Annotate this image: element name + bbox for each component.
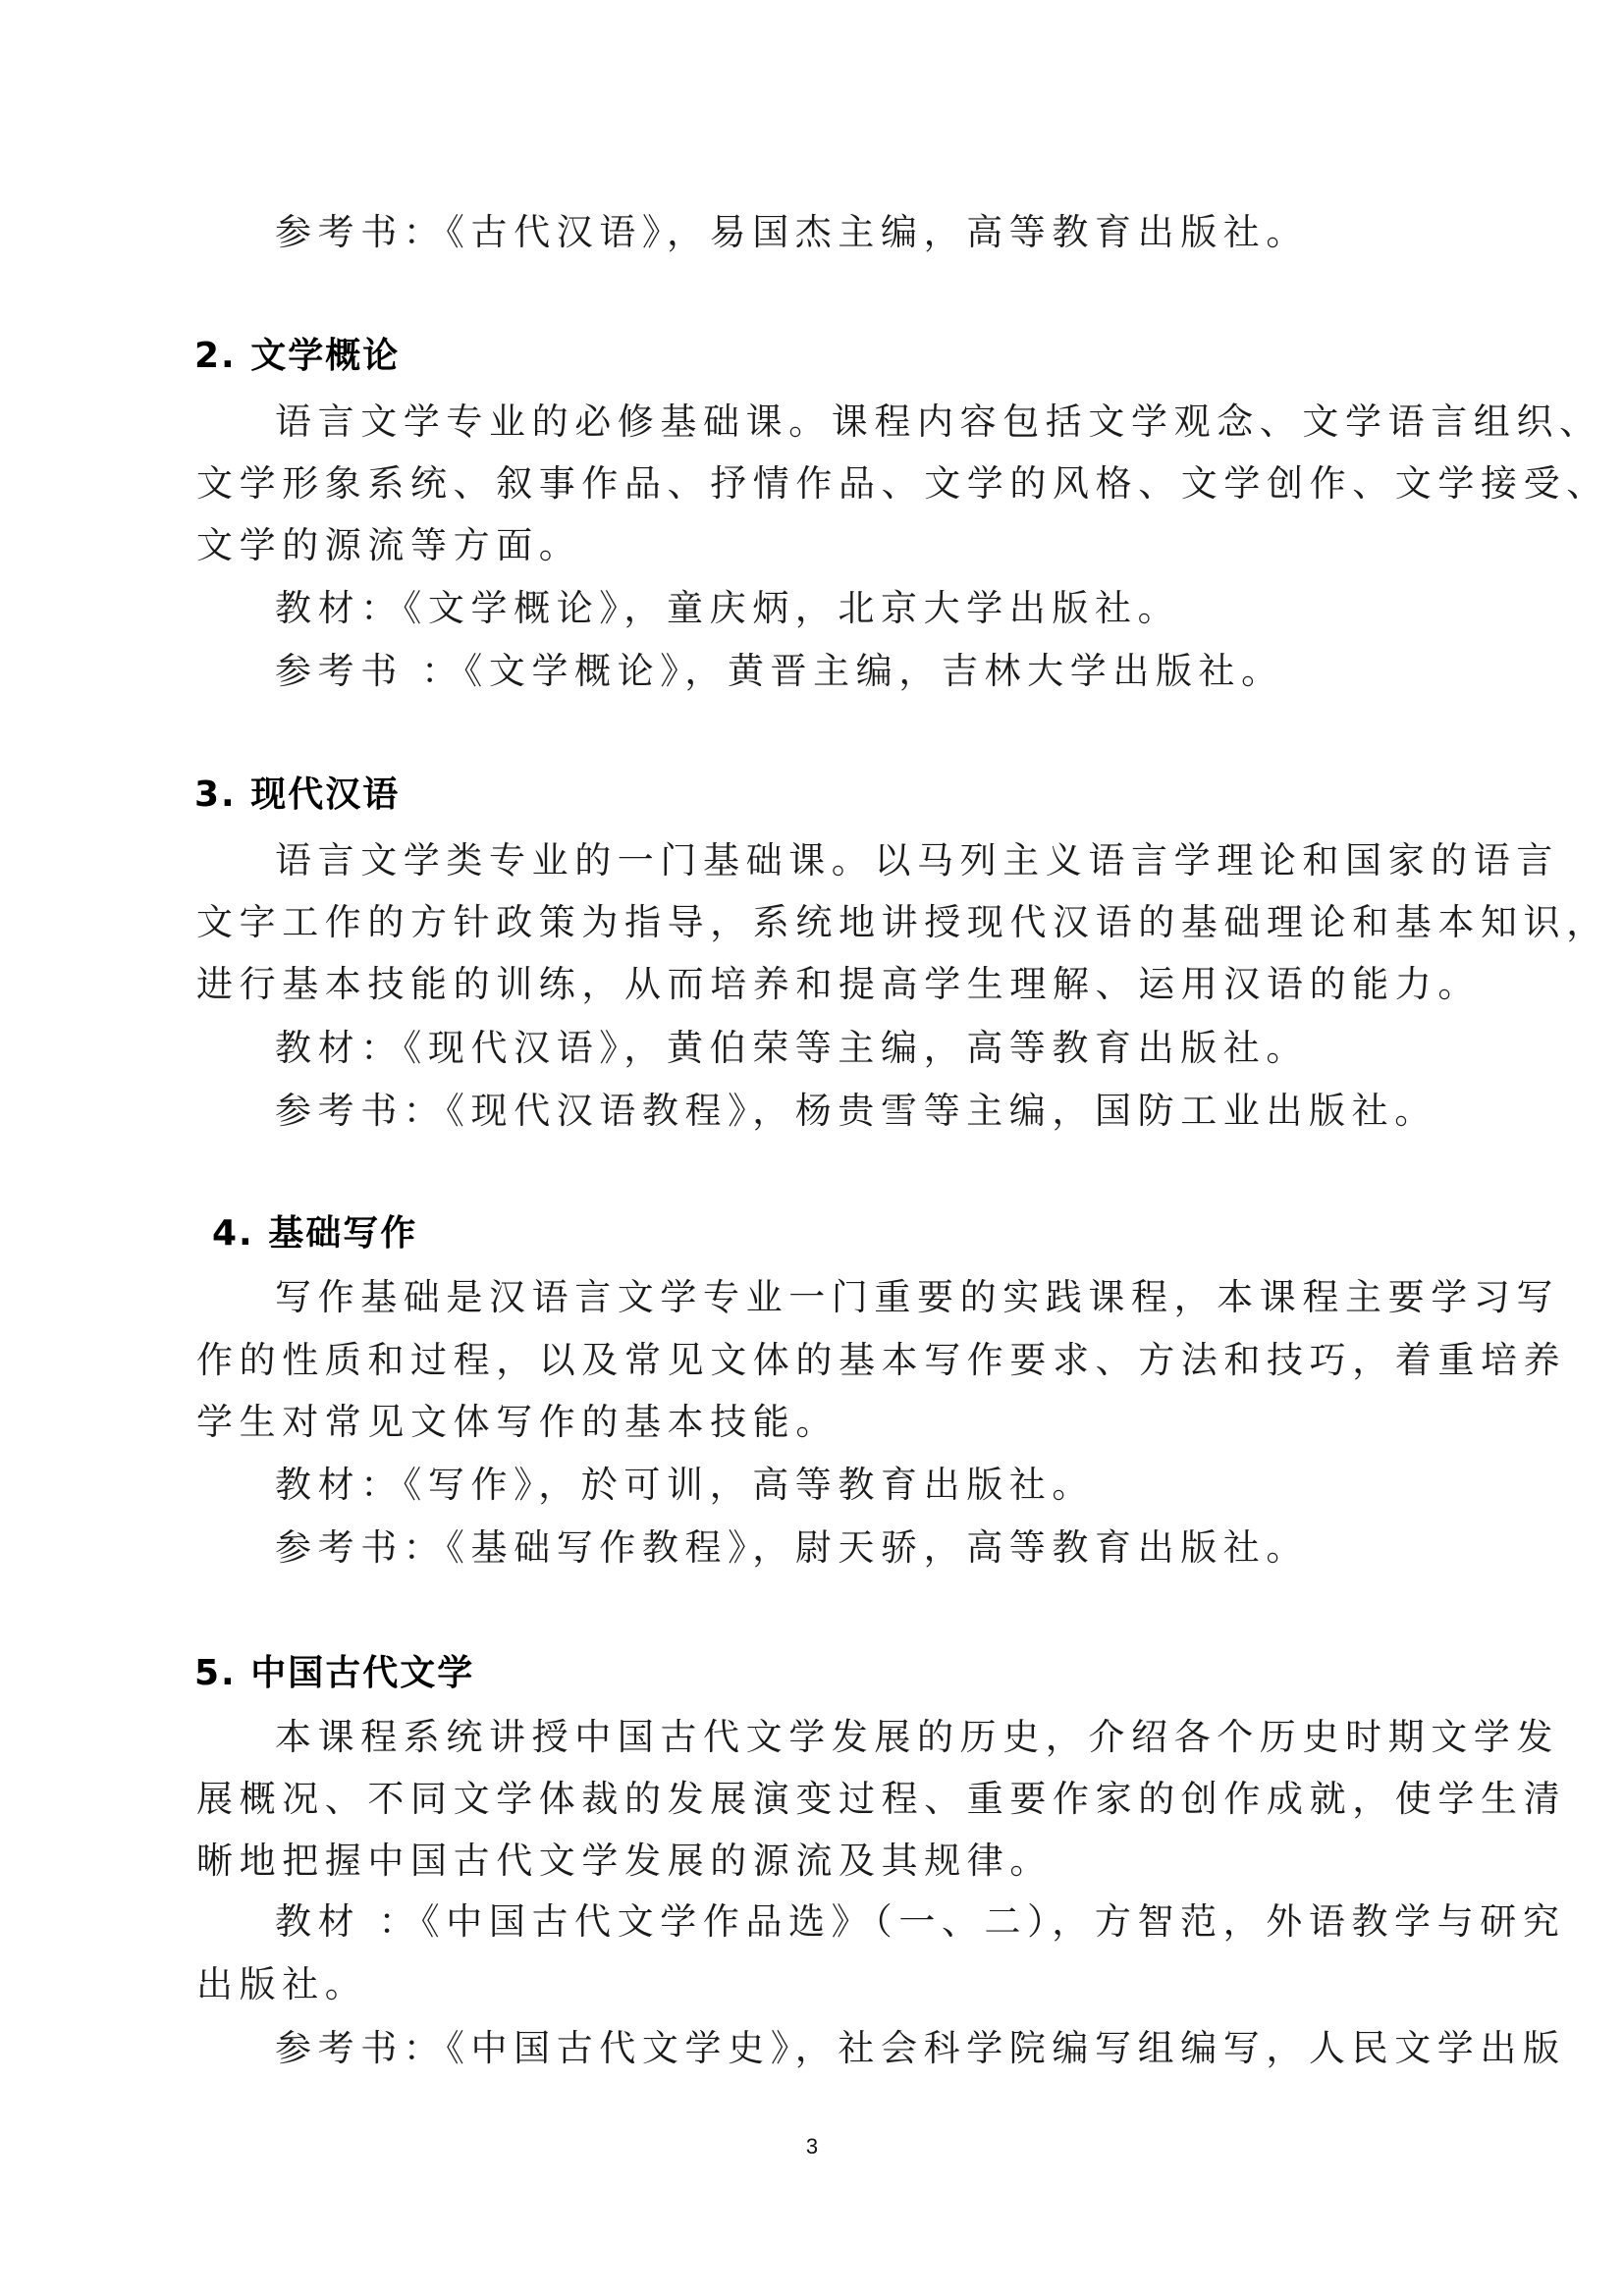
document-page: 参考书：《古代汉语》，易国杰主编，高等教育出版社。 2. 文学概论 语言文学专业… xyxy=(0,0,1624,2296)
textbook-line: 教材 ：《中国古代文学作品选》（一、二），方智范，外语教学与研究 xyxy=(275,1900,1565,1944)
body-line: 写作基础是汉语言文学专业一门重要的实践课程，本课程主要学习写 xyxy=(275,1276,1559,1319)
reference-line: 参考书：《古代汉语》，易国杰主编，高等教育出版社。 xyxy=(275,211,1309,254)
body-line: 文学形象系统、叙事作品、抒情作品、文学的风格、文学创作、文学接受、 xyxy=(196,462,1609,506)
body-line: 文学的源流等方面。 xyxy=(196,524,581,567)
reference-line: 参考书：《中国古代文学史》，社会科学院编写组编写，人民文学出版 xyxy=(275,2027,1566,2070)
section-heading: 2. 文学概论 xyxy=(194,335,400,378)
textbook-line: 教材：《文学概论》，童庆炳，北京大学出版社。 xyxy=(275,587,1180,630)
body-line: 展概况、不同文学体裁的发展演变过程、重要作家的创作成就，使学生清 xyxy=(196,1778,1566,1821)
body-line: 语言文学专业的必修基础课。课程内容包括文学观念、文学语言组织、 xyxy=(275,400,1602,444)
section-heading: 4. 基础写作 xyxy=(212,1212,417,1255)
reference-line: 参考书：《基础写作教程》，尉天骄，高等教育出版社。 xyxy=(275,1526,1309,1570)
body-line: 进行基本技能的训练，从而培养和提高学生理解、运用汉语的能力。 xyxy=(196,963,1481,1006)
body-line: 学生对常见文体写作的基本技能。 xyxy=(196,1401,839,1444)
body-line: 文字工作的方针政策为指导，系统地讲授现代汉语的基础理论和基本知识， xyxy=(196,901,1609,944)
textbook-line-continued: 出版社。 xyxy=(196,1963,367,2006)
body-line: 作的性质和过程，以及常见文体的基本写作要求、方法和技巧，着重培养 xyxy=(196,1339,1566,1382)
body-line: 本课程系统讲授中国古代文学发展的历史，介绍各个历史时期文学发 xyxy=(275,1716,1559,1759)
body-line: 语言文学类专业的一门基础课。以马列主义语言学理论和国家的语言 xyxy=(275,839,1559,882)
textbook-line: 教材：《写作》，於可训，高等教育出版社。 xyxy=(275,1464,1095,1507)
reference-line: 参考书 ：《文学概论》，黄晋主编，吉林大学出版社。 xyxy=(275,650,1284,693)
reference-line: 参考书：《现代汉语教程》，杨贵雪等主编，国防工业出版社。 xyxy=(275,1090,1437,1133)
body-line: 晰地把握中国古代文学发展的源流及其规律。 xyxy=(196,1840,1053,1883)
textbook-line: 教材：《现代汉语》，黄伯荣等主编，高等教育出版社。 xyxy=(275,1027,1309,1070)
page-number: 3 xyxy=(0,2133,1624,2161)
section-heading: 5. 中国古代文学 xyxy=(194,1652,474,1695)
section-heading: 3. 现代汉语 xyxy=(194,774,400,817)
